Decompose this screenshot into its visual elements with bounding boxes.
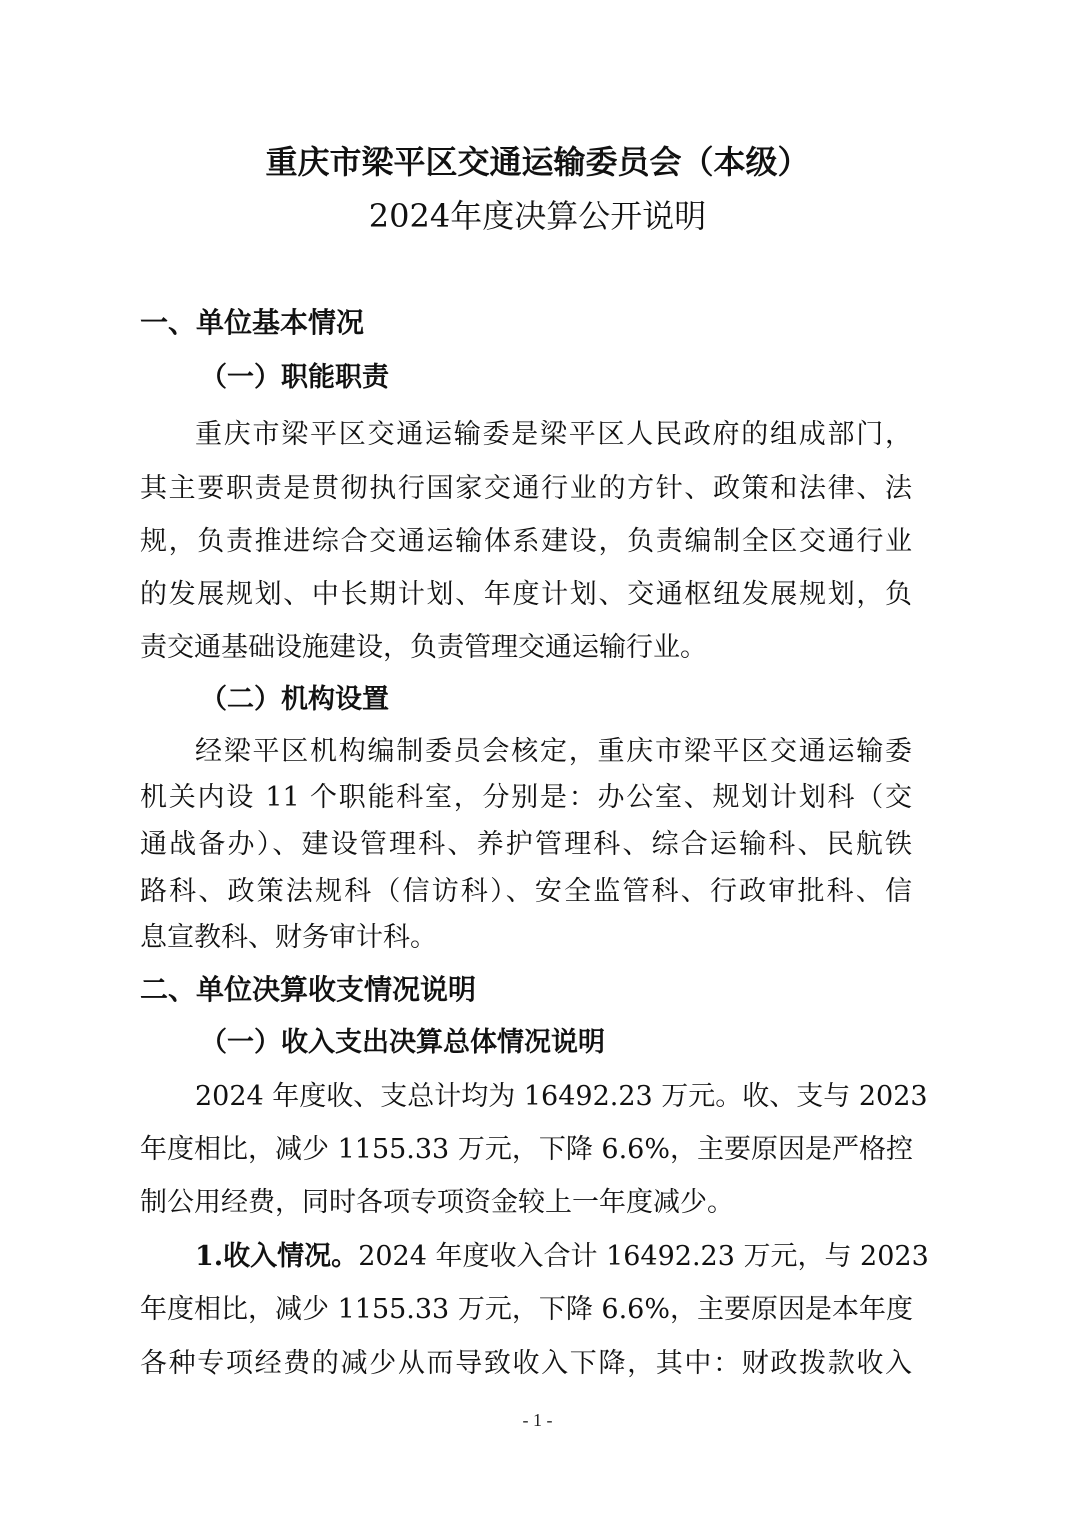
paragraph-line: 机关内设 11 个职能科室，分别是：办公室、规划计划科（交 — [140, 780, 912, 816]
paragraph-line: 2024 年度收、支总计均为 16492.23 万元。收、支与 2023 — [195, 1079, 912, 1115]
paragraph-line: 制公用经费，同时各项专项资金较上一年度减少。 — [140, 1185, 912, 1221]
paragraph-line: 息宣教科、财务审计科。 — [140, 920, 912, 956]
income-paragraph-line: 1.收入情况。2024 年度收入合计 16492.23 万元，与 2023 — [195, 1239, 912, 1275]
paragraph-line: 其主要职责是贯彻执行国家交通行业的方针、政策和法律、法 — [140, 471, 912, 507]
paragraph-line: 通战备办）、建设管理科、养护管理科、综合运输科、民航铁 — [140, 827, 912, 863]
paragraph-line: 的发展规划、中长期计划、年度计划、交通枢纽发展规划，负 — [140, 577, 912, 613]
section-heading-2: 二、单位决算收支情况说明 — [140, 972, 476, 1008]
paragraph-line: 各种专项经费的减少从而导致收入下降，其中：财政拨款收入 — [140, 1346, 912, 1382]
paragraph-line: 年度相比，减少 1155.33 万元，下降 6.6%，主要原因是严格控 — [140, 1132, 912, 1168]
paragraph-line: 责交通基础设施建设，负责管理交通运输行业。 — [140, 630, 912, 666]
paragraph-line: 路科、政策法规科（信访科）、安全监管科、行政审批科、信 — [140, 874, 912, 910]
subsection-heading-organization: （二）机构设置 — [200, 682, 389, 718]
document-title-line2: 2024年度决算公开说明 — [0, 196, 1075, 236]
paragraph-line: 重庆市梁平区交通运输委是梁平区人民政府的组成部门， — [195, 417, 912, 453]
income-line-text: 2024 年度收入合计 16492.23 万元，与 2023 — [358, 1241, 929, 1272]
subsection-heading-overview: （一）收入支出决算总体情况说明 — [200, 1025, 605, 1061]
paragraph-line: 规，负责推进综合交通运输体系建设，负责编制全区交通行业 — [140, 524, 912, 560]
document-page: 重庆市梁平区交通运输委员会（本级） 2024年度决算公开说明 一、单位基本情况 … — [0, 0, 1075, 1520]
document-title-line1: 重庆市梁平区交通运输委员会（本级） — [0, 142, 1075, 182]
income-label: 1.收入情况。 — [195, 1241, 358, 1272]
paragraph-line: 经梁平区机构编制委员会核定，重庆市梁平区交通运输委 — [195, 734, 912, 770]
section-heading-1: 一、单位基本情况 — [140, 305, 364, 341]
page-number: - 1 - — [0, 1408, 1075, 1432]
subsection-heading-duties: （一）职能职责 — [200, 360, 389, 396]
paragraph-line: 年度相比，减少 1155.33 万元，下降 6.6%，主要原因是本年度 — [140, 1292, 912, 1328]
